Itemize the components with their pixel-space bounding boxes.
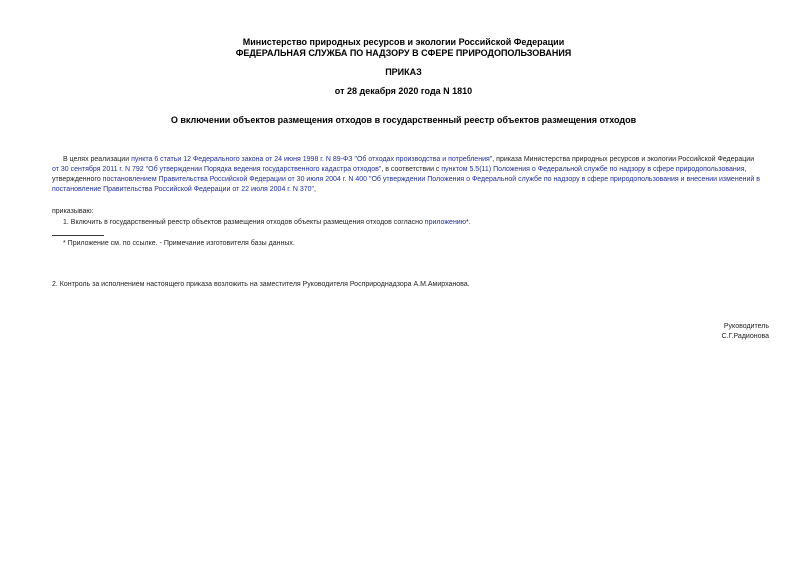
signature-name: С.Г.Радионова [722,332,769,342]
signature-position: Руководитель [724,322,769,332]
preamble-text: , [745,166,747,173]
preamble-text: утвержденного [52,176,103,183]
document-date-number: от 28 декабря 2020 года N 1810 [0,86,807,97]
footnote-divider [52,235,104,236]
preamble-line: В целях реализации пункта 6 статьи 12 Фе… [63,155,754,165]
document-title: О включении объектов размещения отходов … [0,115,807,126]
service-name: ФЕДЕРАЛЬНАЯ СЛУЖБА ПО НАДЗОРУ В СФЕРЕ ПР… [0,48,807,59]
order-item-1: 1. Включить в государственный реестр объ… [63,218,471,228]
preamble-text: , приказа Министерства природных ресурсо… [492,156,754,163]
order-item-2: 2. Контроль за исполнением настоящего пр… [52,280,470,290]
law-link[interactable]: пункта 6 статьи 12 Федерального закона о… [131,156,492,163]
appendix-link[interactable]: приложению [425,219,466,226]
resolution-400-link[interactable]: постановлением Правительства Российской … [103,176,760,183]
item-suffix: *. [466,219,471,226]
order-792-link[interactable]: от 30 сентября 2011 г. N 792 "Об утвержд… [52,166,381,173]
ministry-name: Министерство природных ресурсов и эколог… [0,37,807,48]
order-word: приказываю: [52,207,94,217]
preamble-text: В целях реализации [63,156,131,163]
regulation-point-link[interactable]: пунктом 5.5(11) Положения о Федеральной … [441,166,744,173]
preamble-text: , в соответствии с [381,166,441,173]
resolution-370-link[interactable]: постановление Правительства Российской Ф… [52,186,314,193]
footnote: * Приложение см. по ссылке. - Примечание… [63,239,295,249]
item-text: 1. Включить в государственный реестр объ… [63,219,425,226]
preamble-line: утвержденного постановлением Правительст… [52,175,760,185]
preamble-line: постановление Правительства Российской Ф… [52,185,316,195]
document-type: ПРИКАЗ [0,67,807,78]
preamble-text: , [314,186,316,193]
preamble-line: от 30 сентября 2011 г. N 792 "Об утвержд… [52,165,746,175]
